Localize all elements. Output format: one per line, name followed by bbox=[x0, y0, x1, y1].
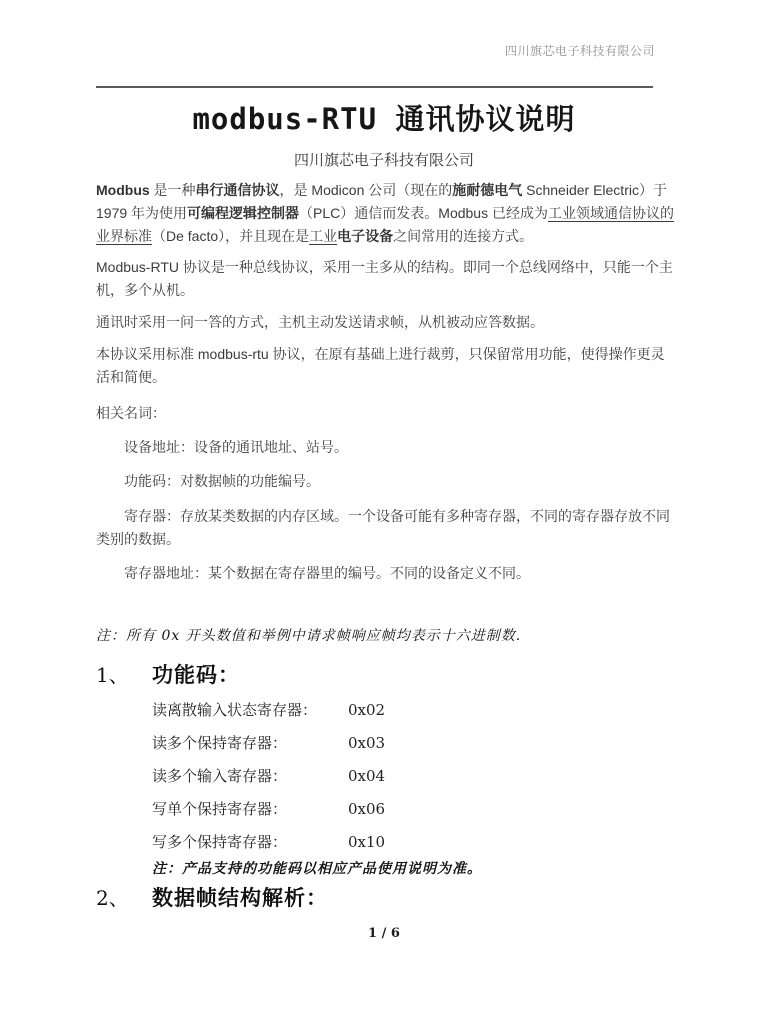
function-code-label: 写多个保持寄存器： bbox=[152, 826, 348, 859]
function-codes-note: 注：产品支持的功能码以相应产品使用说明为准。 bbox=[96, 858, 674, 880]
function-code-label: 读离散输入状态寄存器： bbox=[152, 694, 348, 727]
term-register-address: 寄存器地址：某个数据在寄存器里的编号。不同的设备定义不同。 bbox=[96, 562, 674, 585]
function-code-value: 0x02 bbox=[348, 694, 385, 727]
document-page: 四川旗芯电子科技有限公司 modbus-RTU 通讯协议说明 四川旗芯电子科技有… bbox=[0, 0, 768, 1024]
paragraph-tailored-protocol: 本协议采用标准 modbus-rtu 协议，在原有基础上进行裁剪，只保留常用功能… bbox=[96, 343, 674, 389]
header-company-name: 四川旗芯电子科技有限公司 bbox=[505, 42, 655, 59]
function-code-row: 读多个保持寄存器：0x03 bbox=[96, 727, 674, 760]
function-code-label: 读多个保持寄存器： bbox=[152, 727, 348, 760]
function-code-label: 读多个输入寄存器： bbox=[152, 760, 348, 793]
section-1-title: 功能码： bbox=[152, 662, 240, 687]
terms-heading: 相关名词： bbox=[96, 402, 674, 425]
section-2-heading: 2、数据帧结构解析： bbox=[96, 882, 674, 912]
paragraph-bus-protocol: Modbus-RTU 协议是一种总线协议，采用一主多从的结构。即同一个总线网络中… bbox=[96, 256, 674, 302]
function-code-value: 0x03 bbox=[348, 727, 385, 760]
function-code-list: 读离散输入状态寄存器：0x02 读多个保持寄存器：0x03 读多个输入寄存器：0… bbox=[96, 694, 674, 859]
section-2-number: 2、 bbox=[96, 882, 152, 911]
function-code-value: 0x06 bbox=[348, 793, 385, 826]
function-code-row: 读离散输入状态寄存器：0x02 bbox=[96, 694, 674, 727]
term-device-address: 设备地址：设备的通讯地址、站号。 bbox=[96, 436, 674, 459]
function-code-value: 0x04 bbox=[348, 760, 385, 793]
section-1-heading: 1、功能码： bbox=[96, 659, 674, 689]
paragraph-modbus-intro: Modbus 是一种串行通信协议，是 Modicon 公司（现在的施耐德电气 S… bbox=[96, 179, 674, 248]
page-number: 1 / 6 bbox=[0, 926, 768, 941]
document-title: modbus-RTU 通讯协议说明 bbox=[0, 97, 768, 138]
function-code-value: 0x10 bbox=[348, 826, 385, 859]
hex-notation-note: 注：所有 0x 开头数值和举例中请求帧响应帧均表示十六进制数. bbox=[96, 625, 674, 647]
function-code-row: 写单个保持寄存器：0x06 bbox=[96, 793, 674, 826]
term-register: 寄存器：存放某类数据的内存区域。一个设备可能有多种寄存器，不同的寄存器存放不同类… bbox=[96, 505, 674, 551]
term-function-code: 功能码：对数据帧的功能编号。 bbox=[96, 470, 674, 493]
function-code-row: 写多个保持寄存器：0x10 bbox=[96, 826, 674, 859]
document-subtitle: 四川旗芯电子科技有限公司 bbox=[0, 149, 768, 170]
header-divider-line bbox=[96, 86, 653, 88]
section-1-number: 1、 bbox=[96, 659, 152, 688]
function-code-label: 写单个保持寄存器： bbox=[152, 793, 348, 826]
section-2-title: 数据帧结构解析： bbox=[152, 885, 328, 910]
function-code-row: 读多个输入寄存器：0x04 bbox=[96, 760, 674, 793]
paragraph-request-response: 通讯时采用一问一答的方式，主机主动发送请求帧，从机被动应答数据。 bbox=[96, 311, 674, 334]
